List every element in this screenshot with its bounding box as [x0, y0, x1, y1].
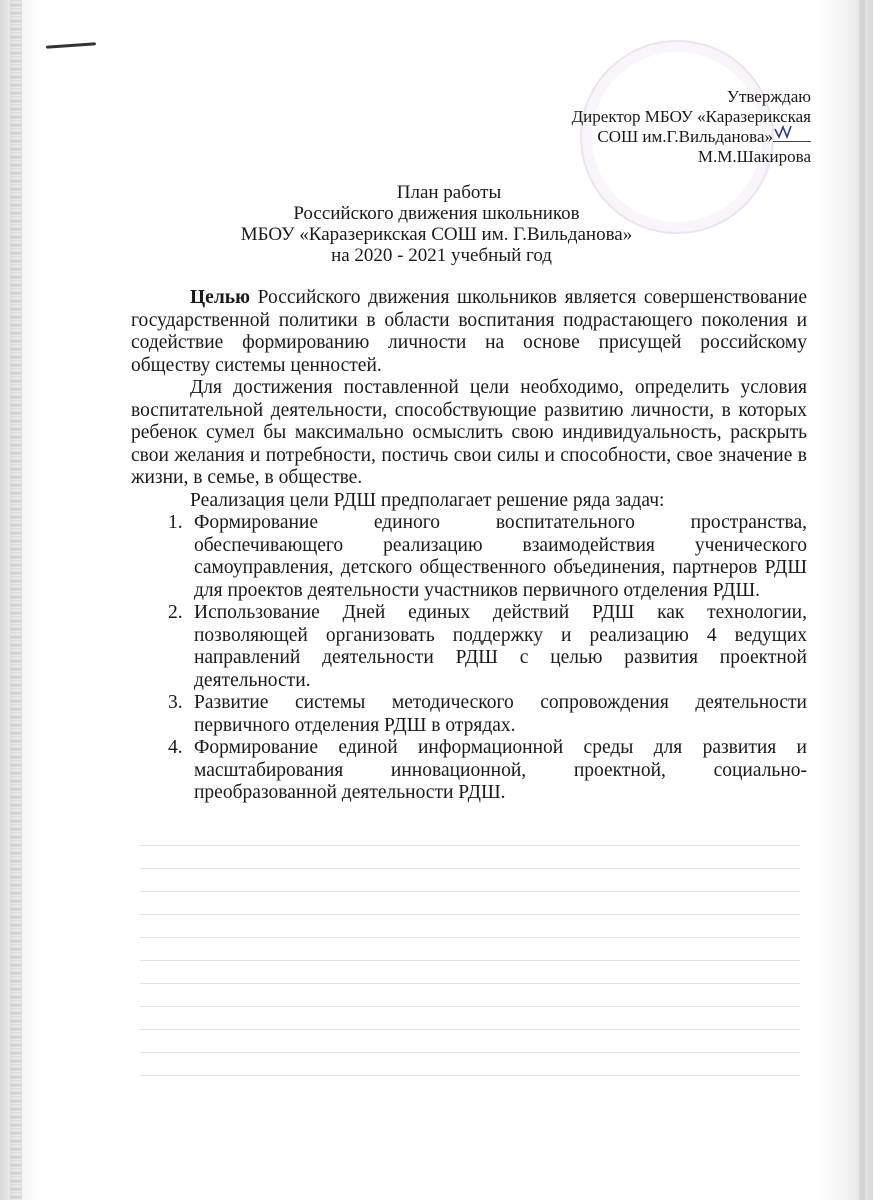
approval-school: СОШ им.Г.Вильданова» — [572, 127, 811, 147]
task-text: Развитие системы методического сопровожд… — [194, 692, 807, 736]
goal-lead: Целью — [190, 287, 250, 308]
title-line-3: МБОУ «Каразерикская СОШ им. Г.Вильданова… — [0, 224, 873, 245]
task-item: 3.Развитие системы методического сопрово… — [131, 692, 807, 737]
goal-paragraph: Целью Российского движения школьников яв… — [131, 287, 807, 377]
task-number: 4. — [168, 737, 183, 760]
tasks-list: 1.Формирование единого воспитательного п… — [131, 512, 807, 805]
pen-mark — [46, 42, 96, 48]
task-text: Формирование единого воспитательного про… — [194, 512, 807, 601]
task-text: Использование Дней единых действий РДШ к… — [194, 602, 807, 691]
task-item: 1.Формирование единого воспитательного п… — [131, 512, 807, 602]
title-line-4: на 2020 - 2021 учебный год — [0, 245, 873, 266]
task-item: 4.Формирование единой информационной сре… — [131, 737, 807, 805]
task-text: Формирование единой информационной среды… — [194, 737, 807, 803]
task-item: 2.Использование Дней единых действий РДШ… — [131, 602, 807, 692]
scanned-page: Утверждаю Директор МБОУ «Каразерикская С… — [0, 0, 873, 1200]
signature-icon — [773, 127, 811, 142]
document-title: План работы Российского движения школьни… — [0, 182, 873, 266]
approval-block: Утверждаю Директор МБОУ «Каразерикская С… — [572, 87, 811, 167]
task-number: 3. — [168, 692, 183, 715]
title-line-1: План работы — [0, 182, 873, 203]
task-number: 1. — [168, 512, 183, 535]
conditions-paragraph: Для достижения поставленной цели необход… — [131, 377, 807, 490]
tasks-intro: Реализация цели РДШ предполагает решение… — [131, 490, 807, 513]
scan-right-edge — [859, 0, 865, 1200]
title-line-2: Российского движения школьников — [0, 203, 873, 224]
approval-name: М.М.Шакирова — [572, 147, 811, 167]
task-number: 2. — [168, 602, 183, 625]
document-body: Целью Российского движения школьников яв… — [131, 287, 807, 805]
approval-label: Утверждаю — [572, 87, 811, 107]
scan-left-edge — [10, 0, 22, 1200]
bleed-through-lines — [140, 845, 800, 1098]
